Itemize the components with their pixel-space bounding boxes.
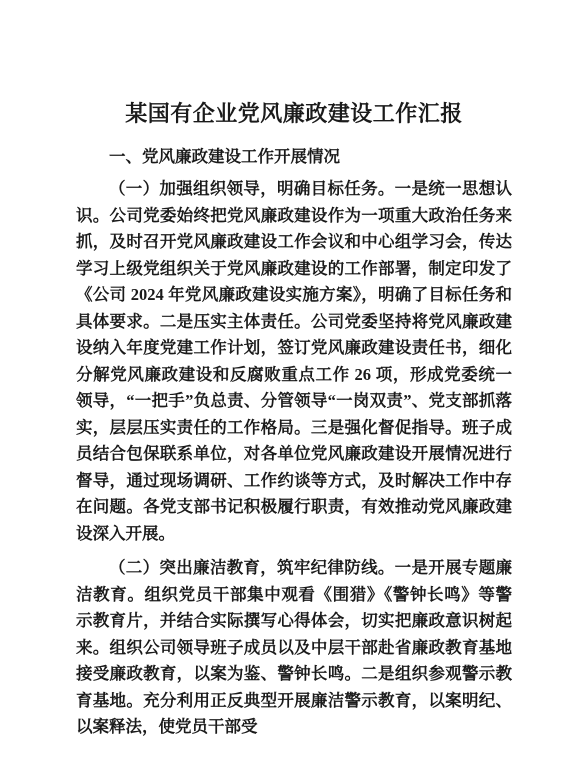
paragraph-2: （二）突出廉洁教育，筑牢纪律防线。一是开展专题廉洁教育。组织党员干部集中观看《围… <box>76 555 512 741</box>
document-page: 某国有企业党风廉政建设工作汇报 一、党风廉政建设工作开展情况 （一）加强组织领导… <box>0 0 586 759</box>
section-heading: 一、党风廉政建设工作开展情况 <box>76 144 512 170</box>
paragraph-1: （一）加强组织领导，明确目标任务。一是统一思想认识。公司党委始终把党风廉政建设作… <box>76 176 512 547</box>
document-title: 某国有企业党风廉政建设工作汇报 <box>76 100 512 127</box>
